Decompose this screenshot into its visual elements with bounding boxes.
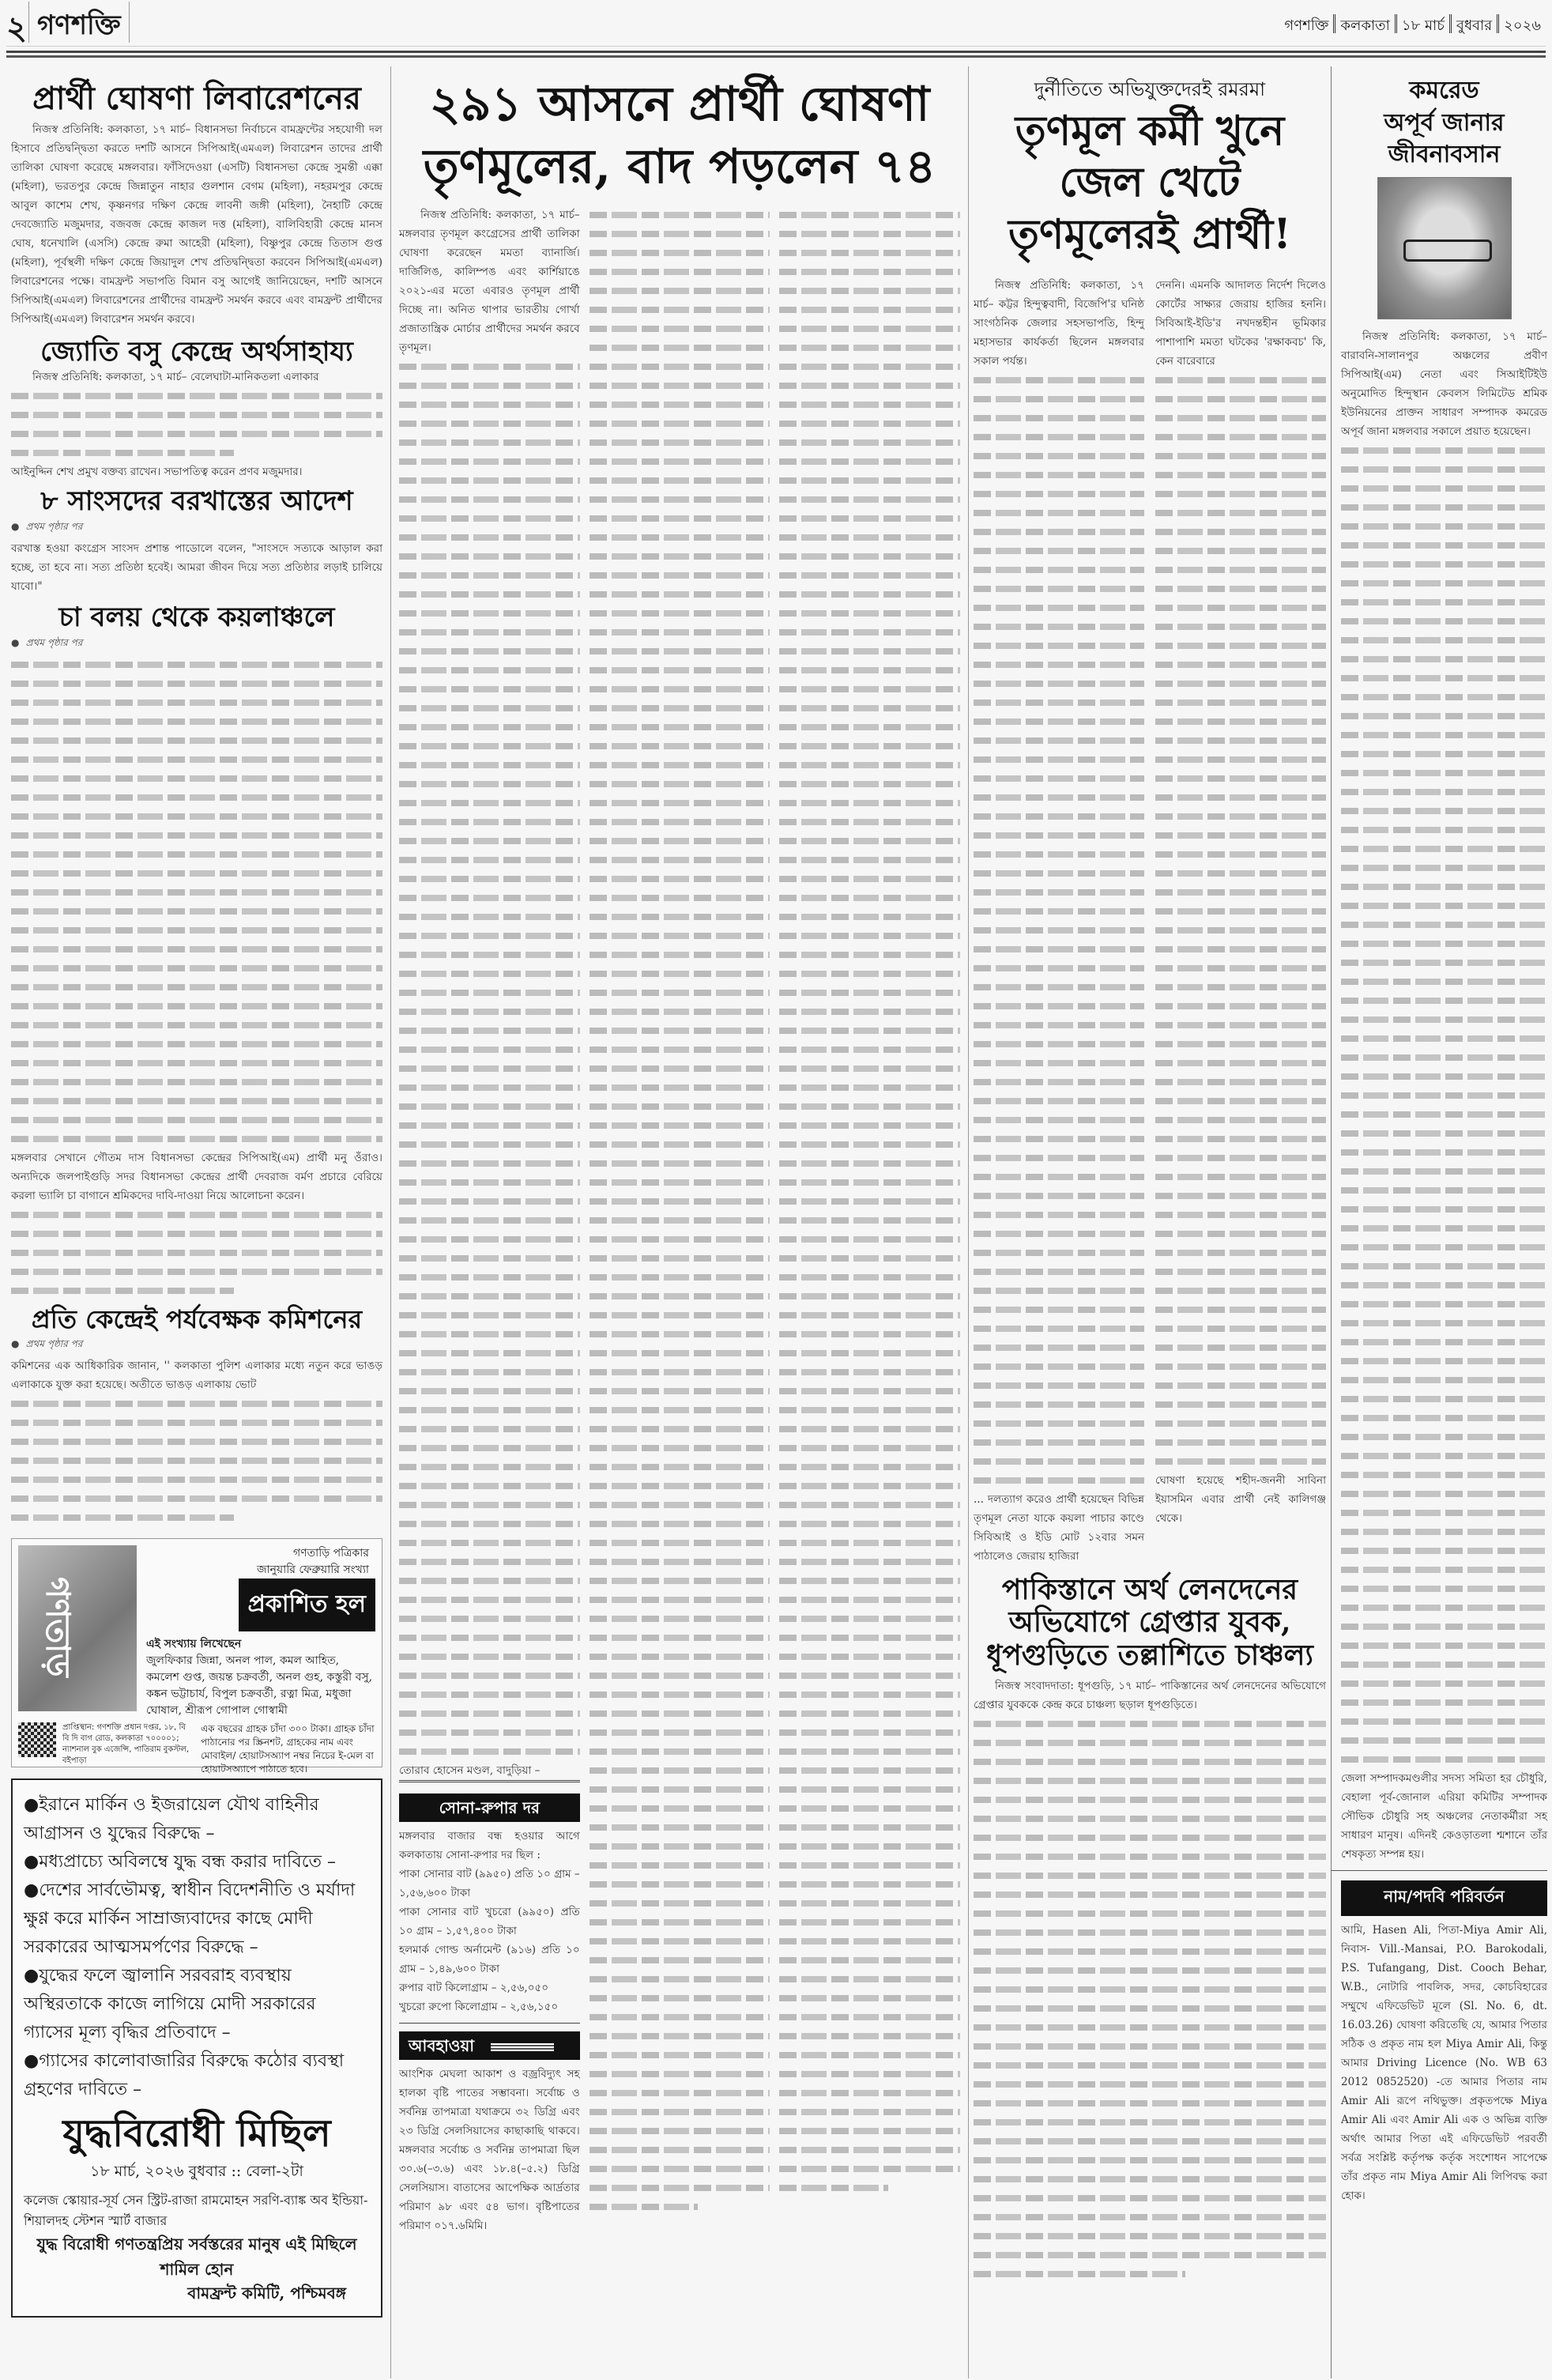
story-body: নিজস্ব প্রতিনিধি: কলকাতা, ১৭ মার্চ– বেলে… <box>11 368 382 481</box>
divider <box>6 51 1546 53</box>
portrait-photo <box>1377 177 1512 319</box>
gold-silver-rates-header: সোনা-রুপার দর <box>399 1793 580 1822</box>
divider <box>6 46 1546 47</box>
gold-silver-rates: মঙ্গলবার বাজার বন্ধ হওয়ার আগে কলকাতায় … <box>399 1827 580 2016</box>
lead-story-col2 <box>590 206 770 2235</box>
name-change-header: নাম/পদবি পরিবর্তন <box>1341 1880 1547 1916</box>
weather-report: আংশিক মেঘলা আকাশ ও বজ্রবিদ্যুৎ সহ হালকা … <box>399 2065 580 2235</box>
column-obituary: কমরেড অপূর্ব জানার জীবনাবসান নিজস্ব প্রত… <box>1331 66 1547 2378</box>
dateline-day: বুধবার <box>1456 14 1492 39</box>
column-left: প্রার্থী ঘোষণা লিবারেশনের নিজস্ব প্রতিনি… <box>11 66 382 2318</box>
story-mps-suspension: ৮ সাংসদের বরখাস্তের আদেশ প্রথম পৃষ্ঠার প… <box>11 486 382 596</box>
story-jyoti-basu-kendra: জ্যোতি বসু কেন্দ্রে অর্থসাহায্য নিজস্ব প… <box>11 337 382 481</box>
story-body: মঙ্গলবার সেখানে গৌতম দাস বিধানসভা কেন্দ্… <box>11 655 382 1300</box>
page-number: ২ <box>6 3 27 56</box>
rally-signature: বামফ্রন্ট কমিটি, পশ্চিমবঙ্গ <box>24 2282 370 2308</box>
lead-headline-line1: ২৯১ আসনে প্রার্থী ঘোষণা <box>391 77 968 132</box>
story-liberation-candidates: প্রার্থী ঘোষণা লিবারেশনের নিজস্ব প্রতিনি… <box>11 81 382 329</box>
dateline-date: ১৮ মার্চ <box>1402 14 1445 39</box>
dateline-year: ২০২৬ <box>1504 14 1541 39</box>
headline: ৮ সাংসদের বরখাস্তের আদেশ <box>11 486 382 517</box>
name-change-notice: আমি, Hasen Ali, পিতা-Miya Amir Ali, নিবা… <box>1341 1921 1547 2205</box>
column-tmc-candidate-story: দুর্নীতিতে অভিযুক্তদেরই রমরমা তৃণমূল কর্… <box>974 66 1326 2284</box>
rally-demand: গ্যাসের কালোবাজারির বিরুদ্ধে কঠোর ব্যবস্… <box>24 2047 370 2104</box>
rally-demand: যুদ্ধের ফলে জ্বালানি সরবরাহ ব্যবস্থায় অ… <box>24 1962 370 2047</box>
weather-bar-icon <box>491 2043 554 2051</box>
continued-from-front: প্রথম পৃষ্ঠার পর <box>11 1337 382 1353</box>
kicker-headline: দুর্নীতিতে অভিযুক্তদেরই রমরমা <box>974 79 1326 101</box>
rally-demand: ইরানে মার্কিন ও ইজরায়েল যৌথ বাহিনীর আগ্… <box>24 1791 370 1848</box>
rally-title: যুদ্ধবিরোধী মিছিল <box>24 2112 370 2156</box>
story-body: নিজস্ব সংবাদদাতা: ধূপগুড়ি, ১৭ মার্চ– পা… <box>974 1677 1326 2284</box>
headline-line: জেল খেটে <box>974 159 1326 206</box>
rally-datetime: ১৮ মার্চ, ২০২৬ বুধবার :: বেলা-২টা <box>24 2160 370 2186</box>
continued-from-front: প্রথম পৃষ্ঠার পর <box>11 636 382 652</box>
headline: প্রার্থী ঘোষণা লিবারেশনের <box>11 81 382 117</box>
rate-row: রুপার বাট কিলোগ্রাম – ২,৫৬,০৫০ <box>399 1978 580 1997</box>
last-line: তোরাব হোসেন মণ্ডল, বাদুড়িয়া – <box>399 1761 580 1782</box>
obituary-headline: জীবনাবসান <box>1341 141 1547 169</box>
rally-demand: মধ্যপ্রাচ্যে অবিলম্বে যুদ্ধ বন্ধ করার দা… <box>24 1848 370 1876</box>
rally-appeal: যুদ্ধ বিরোধী গণতন্ত্রপ্রিয় সর্বস্তরের ম… <box>24 2231 370 2282</box>
lead-headline-line2: তৃণমূলের, বাদ পড়লেন ৭৪ <box>391 140 968 194</box>
divider <box>6 55 1546 58</box>
obituary-headline: কমরেড <box>1341 77 1547 105</box>
rally-route: কলেজ স্কোয়ার-সূর্য সেন স্ট্রিট-রাজা রাম… <box>24 2190 370 2231</box>
weather-header: আবহাওয়া <box>399 2031 580 2060</box>
column-lead-story: ২৯১ আসনে প্রার্থী ঘোষণা তৃণমূলের, বাদ পড… <box>390 66 969 2378</box>
headline-line: পাকিস্তানে অর্থ লেনদেনের <box>974 1574 1326 1606</box>
rate-row: পাকা সোনার বাট (৯৯৫০) প্রতি ১০ গ্রাম – ১… <box>399 1865 580 1903</box>
subscription-info: এক বছরের গ্রাহক চাঁদা ৩০০ টাকা। গ্রাহক চ… <box>201 1722 375 1776</box>
headline-line: তৃণমূল কর্মী খুনে <box>974 107 1326 155</box>
ad-address: প্রাপ্তিস্থান: গণশক্তি প্রধান দপ্তর, ১৮,… <box>62 1723 189 1765</box>
headline-line: ধূপগুড়িতে তল্লাশিতে চাঞ্চল্য <box>974 1639 1326 1672</box>
headline-line: অভিযোগে গ্রেপ্তার যুবক, <box>974 1606 1326 1639</box>
story-body: কমিশনের এক আধিকারিক জানান, '' কলকাতা পুল… <box>11 1356 382 1527</box>
story-body: বরখাস্ত হওয়া কংগ্রেস সাংসদ প্রশান্ত পাড… <box>11 539 382 596</box>
dateline: গণশক্তি কলকাতা ১৮ মার্চ বুধবার ২০২৬ <box>1284 14 1541 39</box>
rate-row: পাকা সোনার বাট খুচরো (৯৯৫০) প্রতি ১০ গ্র… <box>399 1903 580 1941</box>
qr-code-icon <box>18 1722 56 1757</box>
advertisement-magazine: গণতাড় গণতাড়ি পত্রিকার জানুয়ারি ফেব্রু… <box>11 1538 382 1767</box>
rally-demand: দেশের সার্বভৌমত্ব, স্বাধীন বিদেশনীতি ও ম… <box>24 1876 370 1962</box>
obituary-body: নিজস্ব প্রতিনিধি: কলকাতা, ১৭ মার্চ– বারা… <box>1341 327 1547 1864</box>
story-pakistan-transaction: পাকিস্তানে অর্থ লেনদেনের অভিযোগে গ্রেপ্ত… <box>974 1574 1326 2284</box>
headline: প্রতি কেন্দ্রেই পর্যবেক্ষক কমিশনের <box>11 1305 382 1334</box>
dateline-paper: গণশক্তি <box>1284 14 1328 39</box>
story-body: নিজস্ব প্রতিনিধি: কলকাতা, ১৭ মার্চ– বিধা… <box>11 120 382 329</box>
headline: জ্যোতি বসু কেন্দ্রে অর্থসাহায্য <box>11 337 382 368</box>
obituary-headline: অপূর্ব জানার <box>1341 110 1547 138</box>
story-col1: নিজস্ব প্রতিনিধি: কলকাতা, ১৭ মার্চ– কট্ট… <box>974 276 1144 1566</box>
masthead: ২ গণশক্তি গণশক্তি কলকাতা ১৮ মার্চ বুধবার… <box>0 0 1552 63</box>
continued-from-front: প্রথম পৃষ্ঠার পর <box>11 520 382 536</box>
lead-story-col1: নিজস্ব প্রতিনিধি: কলকাতা, ১৭ মার্চ– মঙ্গ… <box>399 206 580 2235</box>
story-observers: প্রতি কেন্দ্রেই পর্যবেক্ষক কমিশনের প্রথম… <box>11 1305 382 1527</box>
published-banner: প্রকাশিত হল <box>239 1578 375 1631</box>
anti-war-rally-notice: ইরানে মার্কিন ও ইজরায়েল যৌথ বাহিনীর আগ্… <box>11 1778 382 2318</box>
magazine-cover-image: গণতাড় <box>18 1545 137 1711</box>
headline: চা বলয় থেকে কয়লাঞ্চলে <box>11 602 382 633</box>
headline-line: তৃণমূলেরই প্রার্থী! <box>974 211 1326 258</box>
rate-row: খুচরো রুপো কিলোগ্রাম – ২,৫৬,১৫০ <box>399 1997 580 2016</box>
rate-row: হলমার্ক গোল্ড অর্নামেন্ট (৯১৬) প্রতি ১০ … <box>399 1941 580 1978</box>
paper-name: গণশক্তি <box>28 2 130 43</box>
story-col2: দেননি। এমনকি আদালত নির্দেশ দিলেও কোর্টের… <box>1155 276 1326 1566</box>
lead-story-col3 <box>779 206 960 2235</box>
dateline-city: কলকাতা <box>1340 14 1390 39</box>
story-tea-belt: চা বলয় থেকে কয়লাঞ্চলে প্রথম পৃষ্ঠার পর… <box>11 602 382 1300</box>
